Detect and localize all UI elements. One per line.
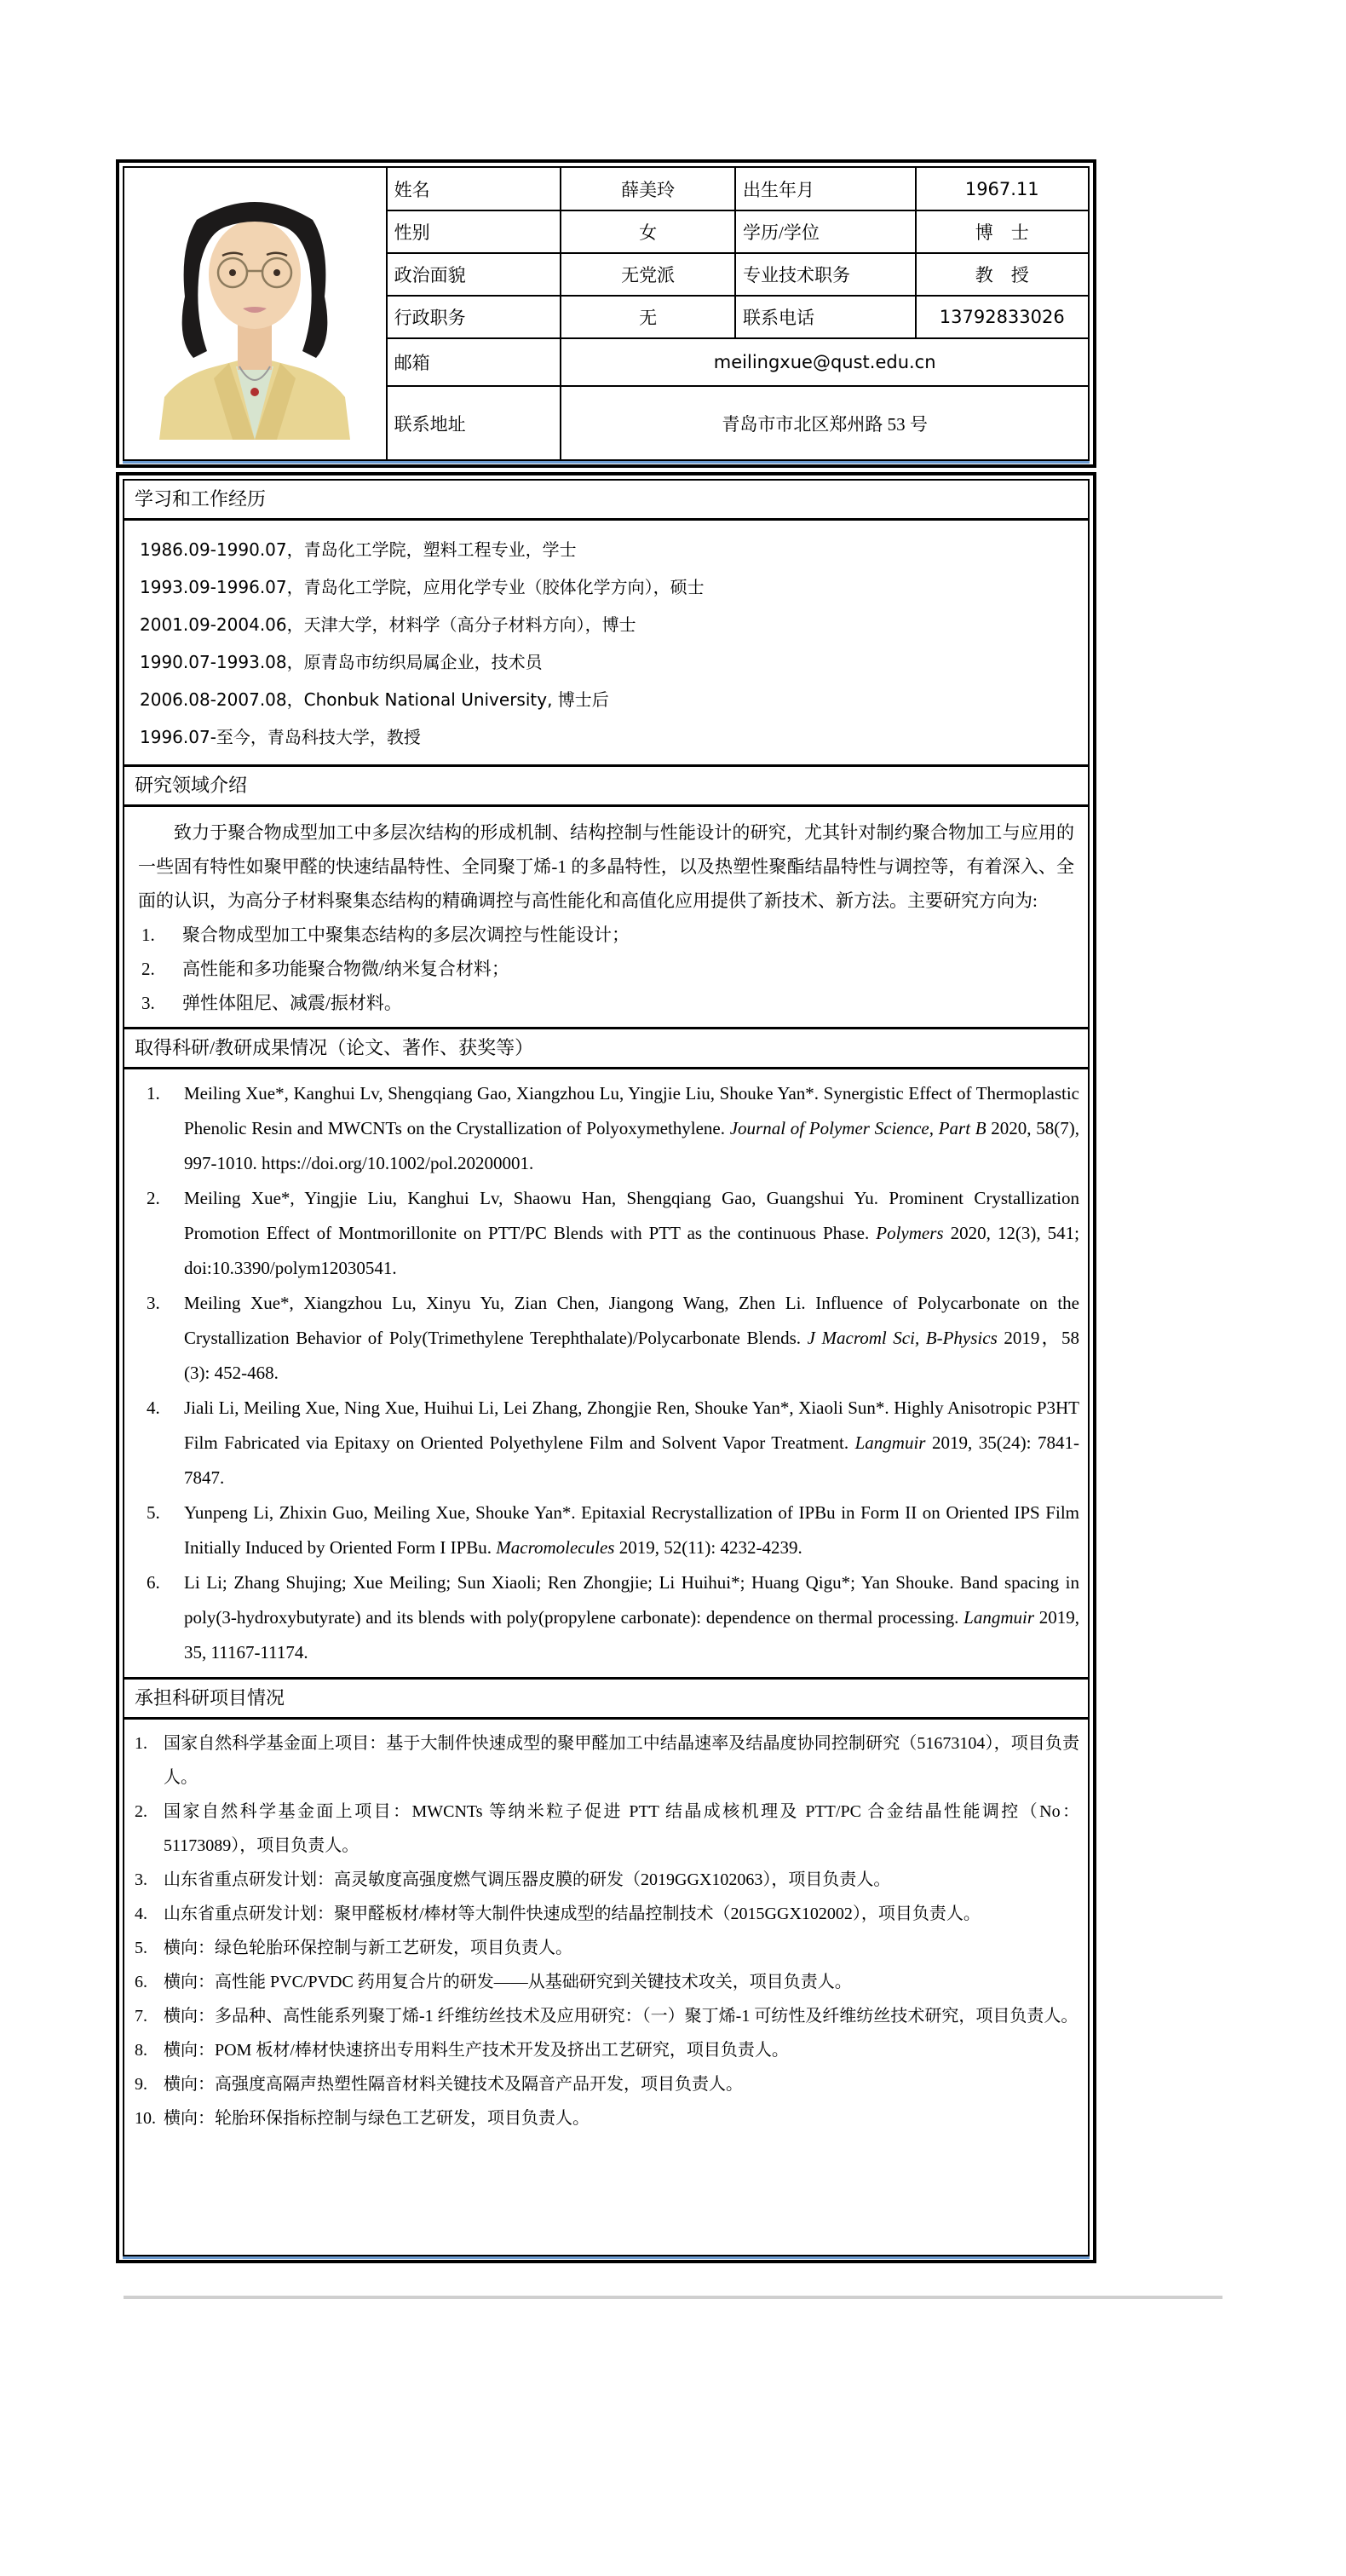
project-number: 10.	[135, 2101, 156, 2135]
info-label-politics: 政治面貌	[387, 253, 561, 296]
project-item: 4.山东省重点研发计划：聚甲醛板材/棒材等大制件快速成型的结晶控制技术（2015…	[133, 1897, 1079, 1931]
project-text: 横向：多品种、高性能系列聚丁烯-1 纤维纺丝技术及应用研究：（一）聚丁烯-1 可…	[164, 2007, 1078, 2026]
address-label: 联系地址	[387, 386, 561, 459]
page-bottom-divider	[124, 2296, 1222, 2299]
profile-photo-cell	[124, 168, 387, 459]
project-item: 7.横向：多品种、高性能系列聚丁烯-1 纤维纺丝技术及应用研究：（一）聚丁烯-1…	[133, 1999, 1079, 2033]
experience-line: 1986.09-1990.07，青岛化工学院，塑料工程专业，学士	[140, 531, 1073, 568]
research-direction-text: 弹性体阻尼、减震/振材料。	[182, 993, 402, 1013]
info-row: 姓名 薛美玲 出生年月 1967.11	[124, 168, 1088, 210]
info-value-politics: 无党派	[561, 253, 735, 296]
research-direction: 1.聚合物成型加工中聚集态结构的多层次调控与性能设计；	[138, 918, 1074, 952]
section-body-experience: 1986.09-1990.07，青岛化工学院，塑料工程专业，学士1993.09-…	[124, 521, 1088, 767]
project-text: 横向：高性能 PVC/PVDC 药用复合片的研发——从基础研究到关键技术攻关，项…	[164, 1973, 852, 1991]
publication-journal: Polymers	[876, 1223, 943, 1243]
project-number: 7.	[135, 1999, 147, 2033]
research-direction-text: 聚合物成型加工中聚集态结构的多层次调控与性能设计；	[182, 925, 630, 945]
info-value-birth: 1967.11	[916, 168, 1088, 210]
project-text: 国家自然科学基金面上项目：MWCNTs 等纳米粒子促进 PTT 结晶成核机理及 …	[164, 1802, 1079, 1855]
publication-number: 2.	[147, 1181, 160, 1216]
publication-item: 1.Meiling Xue*, Kanghui Lv, Shengqiang G…	[124, 1076, 1088, 1181]
profile-photo	[147, 182, 362, 440]
publication-number: 3.	[147, 1286, 160, 1321]
profile-sections-block: 学习和工作经历 1986.09-1990.07，青岛化工学院，塑料工程专业，学士…	[116, 472, 1096, 2263]
publication-item: 6.Li Li; Zhang Shujing; Xue Meiling; Sun…	[124, 1565, 1088, 1670]
publication-number: 6.	[147, 1565, 160, 1600]
research-direction-number: 1.	[141, 918, 155, 952]
project-item: 2.国家自然科学基金面上项目：MWCNTs 等纳米粒子促进 PTT 结晶成核机理…	[133, 1795, 1079, 1863]
project-number: 5.	[135, 1931, 147, 1965]
project-number: 4.	[135, 1897, 147, 1931]
project-number: 3.	[135, 1863, 147, 1897]
project-text: 山东省重点研发计划：聚甲醛板材/棒材等大制件快速成型的结晶控制技术（2015GG…	[164, 1905, 981, 1923]
info-value-title: 教 授	[916, 253, 1088, 296]
left-eye	[229, 269, 236, 276]
project-text: 国家自然科学基金面上项目：基于大制件快速成型的聚甲醛加工中结晶速率及结晶度协同控…	[164, 1734, 1079, 1787]
publication-text: 2019, 52(11): 4232-4239.	[614, 1537, 802, 1558]
section-body-projects: 1.国家自然科学基金面上项目：基于大制件快速成型的聚甲醛加工中结晶速率及结晶度协…	[124, 1720, 1088, 2142]
publication-journal: Langmuir	[963, 1607, 1034, 1628]
experience-line: 1990.07-1993.08，原青岛市纺织局属企业，技术员	[140, 643, 1073, 681]
info-label-name: 姓名	[387, 168, 561, 210]
project-number: 8.	[135, 2033, 147, 2067]
section-title-research: 研究领域介绍	[124, 767, 1088, 807]
section-title-experience: 学习和工作经历	[124, 481, 1088, 521]
info-label-degree: 学历/学位	[735, 210, 915, 253]
email-value: meilingxue@qust.edu.cn	[561, 338, 1088, 386]
publication-item: 5.Yunpeng Li, Zhixin Guo, Meiling Xue, S…	[124, 1495, 1088, 1565]
project-item: 3.山东省重点研发计划：高灵敏度高强度燃气调压器皮膜的研发（2019GGX102…	[133, 1863, 1079, 1897]
research-direction: 2.高性能和多功能聚合物微/纳米复合材料；	[138, 952, 1074, 986]
info-label-phone: 联系电话	[735, 296, 915, 338]
project-item: 6.横向：高性能 PVC/PVDC 药用复合片的研发——从基础研究到关键技术攻关…	[133, 1965, 1079, 1999]
info-label-admin: 行政职务	[387, 296, 561, 338]
project-text: 横向：POM 板材/棒材快速挤出专用料生产技术开发及挤出工艺研究，项目负责人。	[164, 2041, 789, 2060]
info-label-birth: 出生年月	[735, 168, 915, 210]
publication-number: 1.	[147, 1076, 160, 1111]
info-value-name: 薛美玲	[561, 168, 735, 210]
publication-text: Li Li; Zhang Shujing; Xue Meiling; Sun X…	[184, 1572, 1079, 1628]
project-item: 9.横向：高强度高隔声热塑性隔音材料关键技术及隔音产品开发，项目负责人。	[133, 2067, 1079, 2101]
research-direction: 3.弹性体阻尼、减震/振材料。	[138, 986, 1074, 1020]
profile-sections-frame: 学习和工作经历 1986.09-1990.07，青岛化工学院，塑料工程专业，学士…	[123, 479, 1090, 2256]
publication-number: 4.	[147, 1391, 160, 1426]
section-title-achievements: 取得科研/教研成果情况（论文、著作、获奖等）	[124, 1029, 1088, 1069]
project-number: 2.	[135, 1795, 147, 1829]
info-value-phone: 13792833026	[916, 296, 1088, 338]
publication-number: 5.	[147, 1495, 160, 1530]
publication-journal: Langmuir	[855, 1432, 926, 1453]
faculty-profile-page: { "colors": { "table_border": "#000000",…	[0, 0, 1346, 2576]
publication-journal: J Macroml Sci, B-Physics	[808, 1328, 998, 1348]
section-title-projects: 承担科研项目情况	[124, 1680, 1088, 1720]
project-number: 1.	[135, 1726, 147, 1761]
project-text: 横向：轮胎环保指标控制与绿色工艺研发，项目负责人。	[164, 2109, 590, 2128]
project-item: 5.横向：绿色轮胎环保控制与新工艺研发，项目负责人。	[133, 1931, 1079, 1965]
research-direction-number: 2.	[141, 952, 155, 986]
info-label-title: 专业技术职务	[735, 253, 915, 296]
research-intro-paragraph: 致力于聚合物成型加工中多层次结构的形成机制、结构控制与性能设计的研究，尤其针对制…	[138, 815, 1074, 918]
experience-line: 2006.08-2007.08，Chonbuk National Univers…	[140, 681, 1073, 718]
personal-info-table: 姓名 薛美玲 出生年月 1967.11 性别 女 学历/学位 博 士 政治面貌 …	[124, 168, 1088, 459]
info-value-admin: 无	[561, 296, 735, 338]
experience-line: 1996.07-至今，青岛科技大学，教授	[140, 718, 1073, 756]
personal-info-block: 姓名 薛美玲 出生年月 1967.11 性别 女 学历/学位 博 士 政治面貌 …	[116, 159, 1096, 468]
email-label: 邮箱	[387, 338, 561, 386]
publication-item: 3.Meiling Xue*, Xiangzhou Lu, Xinyu Yu, …	[124, 1286, 1088, 1391]
project-item: 10.横向：轮胎环保指标控制与绿色工艺研发，项目负责人。	[133, 2101, 1079, 2135]
publication-journal: Macromolecules	[496, 1537, 614, 1558]
project-text: 山东省重点研发计划：高灵敏度高强度燃气调压器皮膜的研发（2019GGX10206…	[164, 1870, 890, 1889]
section-body-research: 致力于聚合物成型加工中多层次结构的形成机制、结构控制与性能设计的研究，尤其针对制…	[124, 807, 1088, 1029]
address-value: 青岛市市北区郑州路 53 号	[561, 386, 1088, 459]
experience-line: 1993.09-1996.07，青岛化工学院，应用化学专业（胶体化学方向），硕士	[140, 568, 1073, 606]
project-item: 1.国家自然科学基金面上项目：基于大制件快速成型的聚甲醛加工中结晶速率及结晶度协…	[133, 1726, 1079, 1795]
right-eye	[273, 269, 280, 276]
project-text: 横向：绿色轮胎环保控制与新工艺研发，项目负责人。	[164, 1939, 572, 1957]
research-direction-number: 3.	[141, 986, 155, 1020]
project-item: 8.横向：POM 板材/棒材快速挤出专用料生产技术开发及挤出工艺研究，项目负责人…	[133, 2033, 1079, 2067]
project-number: 9.	[135, 2067, 147, 2101]
section-body-achievements: 1.Meiling Xue*, Kanghui Lv, Shengqiang G…	[124, 1069, 1088, 1680]
info-label-gender: 性别	[387, 210, 561, 253]
publication-item: 2.Meiling Xue*, Yingjie Liu, Kanghui Lv,…	[124, 1181, 1088, 1286]
publication-item: 4.Jiali Li, Meiling Xue, Ning Xue, Huihu…	[124, 1391, 1088, 1495]
experience-line: 2001.09-2004.06，天津大学，材料学（高分子材料方向），博士	[140, 606, 1073, 643]
project-text: 横向：高强度高隔声热塑性隔音材料关键技术及隔音产品开发，项目负责人。	[164, 2075, 743, 2094]
necklace-pendant	[250, 388, 259, 396]
info-value-gender: 女	[561, 210, 735, 253]
publication-journal: Journal of Polymer Science, Part B	[730, 1118, 986, 1138]
personal-info-table-frame: 姓名 薛美玲 出生年月 1967.11 性别 女 学历/学位 博 士 政治面貌 …	[123, 166, 1090, 461]
project-number: 6.	[135, 1965, 147, 1999]
research-direction-text: 高性能和多功能聚合物微/纳米复合材料；	[182, 959, 509, 979]
research-directions-list: 1.聚合物成型加工中聚集态结构的多层次调控与性能设计；2.高性能和多功能聚合物微…	[138, 918, 1074, 1020]
info-value-degree: 博 士	[916, 210, 1088, 253]
